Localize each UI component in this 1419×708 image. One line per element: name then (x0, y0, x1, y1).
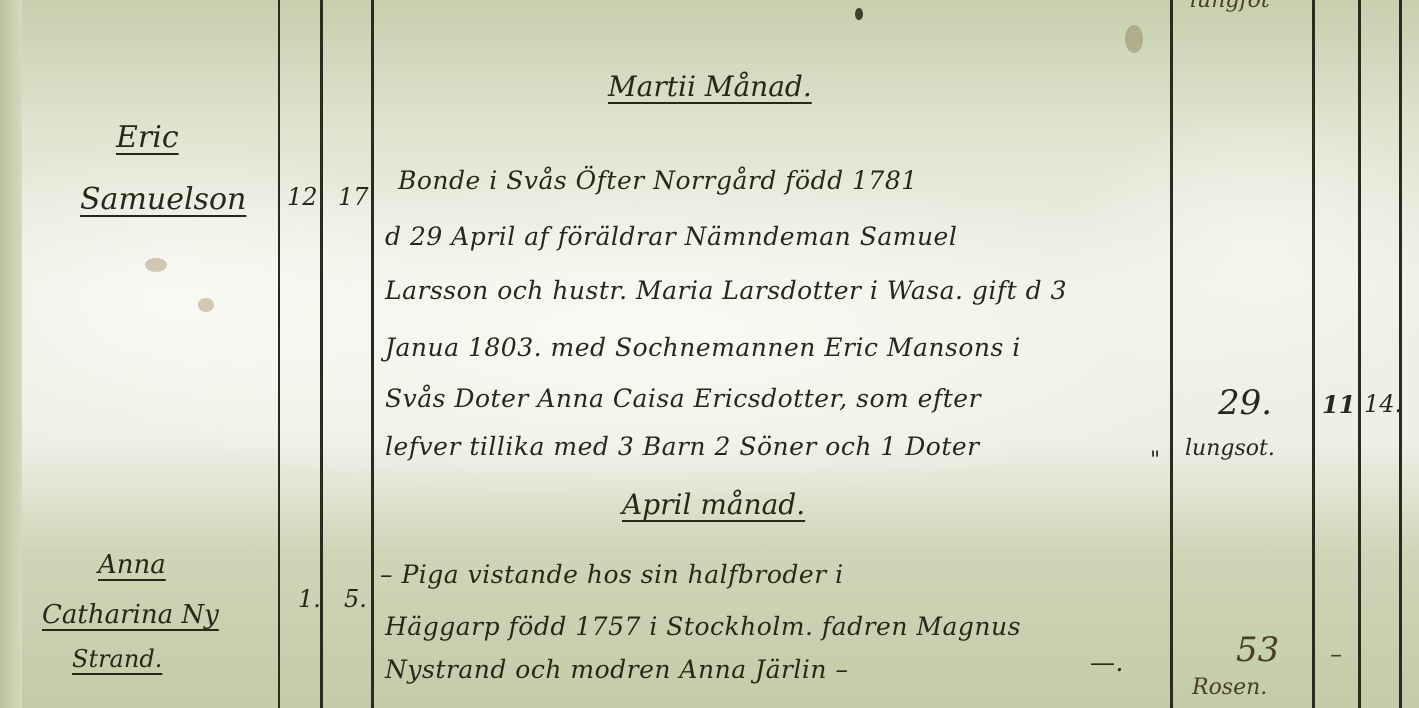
entry1-first-name: Eric (116, 120, 179, 155)
entry2-burial-day: 5. (344, 585, 367, 613)
entry2-death-day: 1. (298, 585, 321, 613)
entry1-text-line-5: Svås Doter Anna Caisa Ericsdotter, som e… (385, 384, 981, 413)
entry2-text-line-1: – Piga vistande hos sin halfbroder i (380, 560, 844, 589)
entry2-text-line-2: Häggarp född 1757 i Stockholm. fadren Ma… (385, 612, 1021, 641)
entry2-age: 53 (1236, 630, 1279, 670)
register-page: lungfot Martii Månad. Eric Samuelson 12 … (0, 0, 1419, 708)
column-rule (1170, 0, 1173, 708)
ink-blot (855, 8, 863, 20)
column-rule (1358, 0, 1361, 708)
entry1-text-line-6: lefver tillika med 3 Barn 2 Söner och 1 … (385, 432, 980, 461)
entry1-text-line-2: d 29 April af föräldrar Nämndeman Samuel (385, 222, 957, 251)
entry1-age: 29. (1218, 383, 1272, 423)
entry2-dash: —. (1090, 648, 1124, 677)
stain (145, 258, 167, 272)
entry2-col-a: – (1330, 640, 1342, 668)
column-rule (1312, 0, 1315, 708)
entry1-text-line-3: Larsson och hustr. Maria Larsdotter i Wa… (385, 276, 1067, 305)
entry2-middle-name: Catharina Ny (42, 600, 219, 630)
entry1-col-a: 11 (1322, 390, 1355, 419)
entry1-surname: Samuelson (80, 182, 246, 217)
entry1-cause-of-death: lungsot. (1185, 436, 1275, 461)
entry1-text-line-1: Bonde i Svås Öfter Norrgård född 1781 (398, 166, 918, 195)
stain (198, 298, 214, 312)
entry1-death-day: 12 (287, 183, 318, 211)
entry2-text-line-3: Nystrand och modren Anna Järlin – (385, 655, 848, 684)
column-rule (1399, 0, 1402, 708)
entry2-cause-of-death: Rosen. (1192, 675, 1267, 700)
top-cause-fragment: lungfot (1190, 0, 1270, 13)
month-heading-march: Martii Månad. (608, 70, 812, 103)
entry1-col-b: 14. (1364, 390, 1402, 418)
entry2-first-name: Anna (98, 550, 166, 580)
binding-edge (0, 0, 22, 708)
entry1-text-line-4: Janua 1803. med Sochnemannen Eric Manson… (385, 333, 1021, 362)
stain (1125, 25, 1143, 53)
month-heading-april: April månad. (622, 488, 805, 521)
column-rule (371, 0, 374, 708)
entry2-surname-cont: Strand. (72, 645, 162, 673)
entry1-burial-day: 17 (338, 183, 369, 211)
column-rule (278, 0, 280, 708)
entry1-ditto-mark: " (1150, 448, 1160, 473)
